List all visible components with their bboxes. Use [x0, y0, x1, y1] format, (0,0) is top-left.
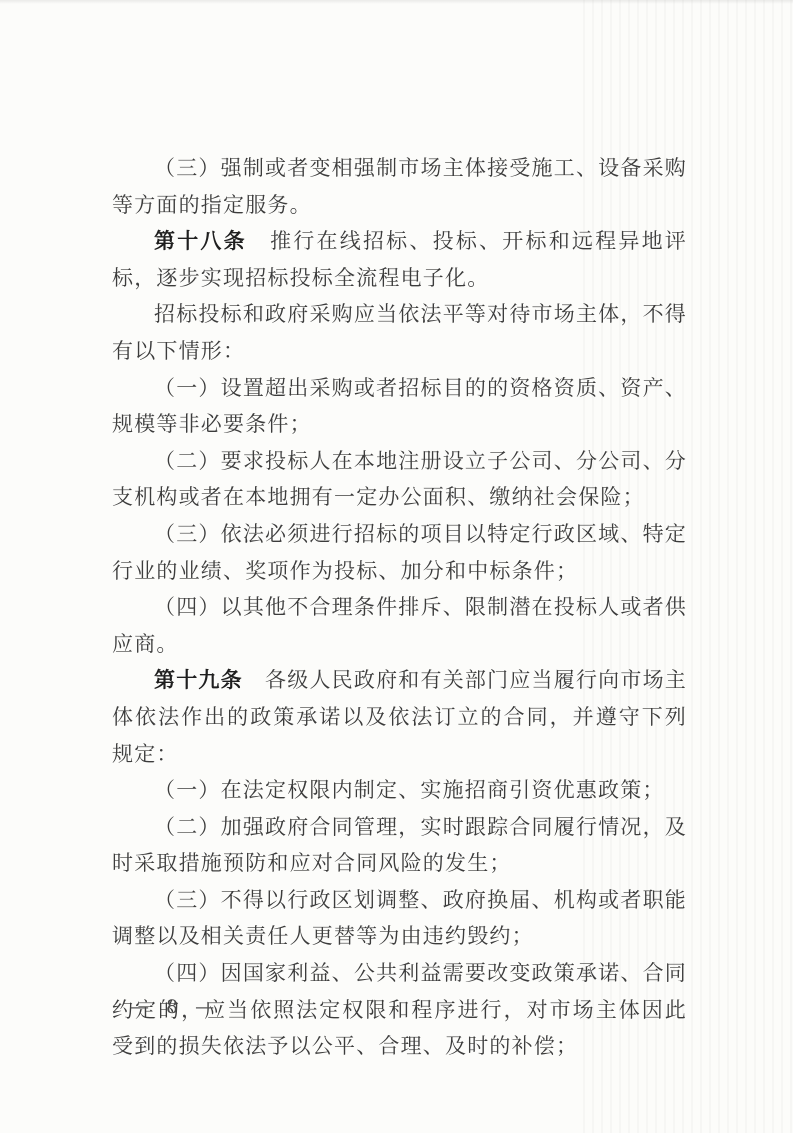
- paragraph: （四）以其他不合理条件排斥、限制潜在投标人或者供应商。: [112, 589, 687, 662]
- document-page: （三）强制或者变相强制市场主体接受施工、设备采购等方面的指定服务。 第十八条 推…: [0, 0, 793, 1133]
- paragraph-text: 招标投标和政府采购应当依法平等对待市场主体，不得有以下情形：: [112, 302, 687, 363]
- paragraph-text: （三）不得以行政区划调整、政府换届、机构或者职能调整以及相关责任人更替等为由违约…: [112, 888, 687, 949]
- paragraph: （三）不得以行政区划调整、政府换届、机构或者职能调整以及相关责任人更替等为由违约…: [112, 882, 687, 955]
- paragraph-text: （二）加强政府合同管理，实时跟踪合同履行情况，及时采取措施预防和应对合同风险的发…: [112, 815, 687, 876]
- paragraph: （二）加强政府合同管理，实时跟踪合同履行情况，及时采取措施预防和应对合同风险的发…: [112, 809, 687, 882]
- article-number: 第十八条: [154, 229, 247, 253]
- paragraph: （二）要求投标人在本地注册设立子公司、分公司、分支机构或者在本地拥有一定办公面积…: [112, 443, 687, 516]
- page-number: 8: [166, 996, 179, 1018]
- paragraph-text: （三）依法必须进行招标的项目以特定行政区域、特定行业的业绩、奖项作为投标、加分和…: [112, 522, 687, 583]
- paragraph: （一）设置超出采购或者招标目的的资格资质、资产、规模等非必要条件；: [112, 370, 687, 443]
- footer-left-dash: —: [130, 996, 150, 1018]
- document-body: （三）强制或者变相强制市场主体接受施工、设备采购等方面的指定服务。 第十八条 推…: [112, 150, 687, 1065]
- paragraph: （三）依法必须进行招标的项目以特定行政区域、特定行业的业绩、奖项作为投标、加分和…: [112, 516, 687, 589]
- page-footer: — 8 —: [130, 996, 215, 1018]
- paragraph-article-19: 第十九条 各级人民政府和有关部门应当履行向市场主体依法作出的政策承诺以及依法订立…: [112, 662, 687, 772]
- paragraph-text: （四）以其他不合理条件排斥、限制潜在投标人或者供应商。: [112, 595, 687, 656]
- paragraph: （三）强制或者变相强制市场主体接受施工、设备采购等方面的指定服务。: [112, 150, 687, 223]
- paragraph-text: （三）强制或者变相强制市场主体接受施工、设备采购等方面的指定服务。: [112, 156, 687, 217]
- paragraph-text: （二）要求投标人在本地注册设立子公司、分公司、分支机构或者在本地拥有一定办公面积…: [112, 449, 687, 510]
- article-number: 第十九条: [154, 668, 243, 692]
- paragraph-article-18: 第十八条 推行在线招标、投标、开标和远程异地评标，逐步实现招标投标全流程电子化。: [112, 223, 687, 296]
- paragraph-text: （一）在法定权限内制定、实施招商引资优惠政策；: [154, 778, 665, 802]
- paragraph-text: （一）设置超出采购或者招标目的的资格资质、资产、规模等非必要条件；: [112, 376, 687, 437]
- paragraph: 招标投标和政府采购应当依法平等对待市场主体，不得有以下情形：: [112, 296, 687, 369]
- paragraph: （一）在法定权限内制定、实施招商引资优惠政策；: [112, 772, 687, 809]
- footer-right-dash: —: [195, 996, 215, 1018]
